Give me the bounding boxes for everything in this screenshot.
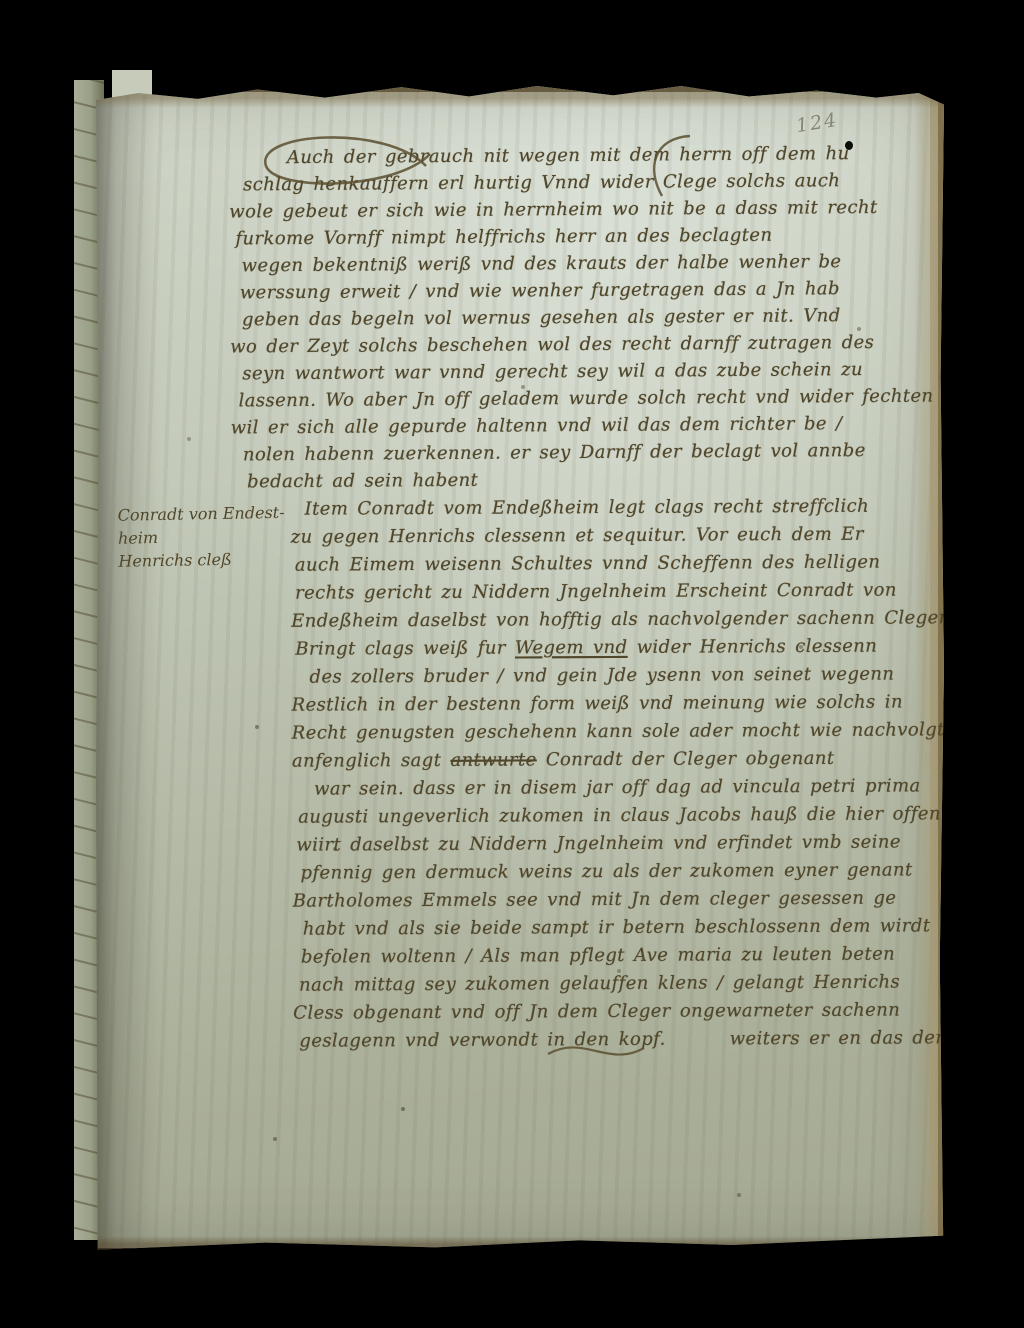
manuscript-text: antwurte bbox=[450, 749, 536, 770]
photo-backdrop: 124 Conradt von Endest-heimHenrichs cleß… bbox=[0, 0, 1024, 1328]
manuscript-text: werssung erweit / vnd wie wenher furgetr… bbox=[240, 278, 840, 303]
manuscript-line: anfenglich sagt antwurte Conradt der Cle… bbox=[292, 744, 936, 775]
manuscript-line: bedacht ad sein habent bbox=[247, 464, 937, 496]
manuscript-line: Bartholomes Emmels see vnd mit Jn dem cl… bbox=[293, 884, 937, 915]
manuscript-line: befolen woltenn / Als man pflegt Ave mar… bbox=[301, 940, 937, 971]
manuscript-text: Restlich in der bestenn form weiß vnd me… bbox=[292, 691, 903, 715]
manuscript-text: zu gegen Henrichs clessenn et sequitur. … bbox=[291, 524, 864, 548]
manuscript-text: Auch der gebrauch nit wegen mit dem herr… bbox=[287, 143, 850, 168]
manuscript-text: lassenn. Wo aber Jn off geladem wurde so… bbox=[239, 386, 934, 412]
manuscript-text: heim bbox=[118, 528, 158, 548]
manuscript-text: augusti ungeverlich zukomen in claus Jac… bbox=[298, 803, 941, 827]
manuscript-line: Henrichs cleß bbox=[118, 546, 318, 572]
paragraph-2: Item Conradt vom Endeßheim legt clags re… bbox=[291, 492, 938, 1055]
manuscript-line: pfennig gen dermuck weins zu als der zuk… bbox=[300, 856, 936, 887]
manuscript-text: Bartholomes Emmels see vnd mit Jn dem cl… bbox=[293, 888, 897, 912]
manuscript-text: Endeßheim daselbst von hofftig als nachv… bbox=[291, 607, 944, 631]
manuscript-line: rechts gericht zu Niddern Jngelnheim Ers… bbox=[295, 576, 935, 607]
manuscript-text: wiirt daselbst zu Niddern Jngelnheim vnd… bbox=[296, 831, 901, 855]
manuscript-text: Conradt der Cleger obgenant bbox=[537, 748, 835, 771]
manuscript-line: Restlich in der bestenn form weiß vnd me… bbox=[292, 688, 936, 719]
manuscript-text: wil er sich alle gepurde haltenn vnd wil… bbox=[231, 413, 843, 438]
manuscript-text: pfennig gen dermuck weins zu als der zuk… bbox=[300, 859, 912, 883]
manuscript-text: furkome Vornff nimpt helffrichs herr an … bbox=[235, 225, 772, 250]
manuscript-text: war sein. dass er in disem jar off dag a… bbox=[314, 775, 921, 799]
manuscript-line: wiirt daselbst zu Niddern Jngelnheim vnd… bbox=[296, 828, 936, 859]
manuscript-line: Item Conradt vom Endeßheim legt clags re… bbox=[305, 492, 935, 523]
manuscript-text: habt vnd als sie beide sampt ir betern b… bbox=[303, 915, 931, 939]
manuscript-line: wole gebeut er sich wie in herrnheim wo … bbox=[229, 194, 935, 226]
manuscript-text: Cless obgenant vnd off Jn dem Cleger ong… bbox=[293, 1000, 900, 1024]
manuscript-text: anfenglich sagt bbox=[292, 750, 451, 772]
manuscript-text: nach mittag sey zukomen gelauffen klens … bbox=[299, 972, 900, 996]
manuscript-text: seyn wantwort war vnnd gerecht sey wil a… bbox=[242, 359, 863, 384]
folio-number: 124 bbox=[795, 109, 840, 137]
manuscript-line: des zollers bruder / vnd gein Jde ysenn … bbox=[309, 660, 935, 691]
manuscript-line: geslagenn vnd verwondt in den kopf.weite… bbox=[299, 1024, 937, 1055]
manuscript-line: zu gegen Henrichs clessenn et sequitur. … bbox=[291, 520, 935, 551]
margin-note: Conradt von Endest-heimHenrichs cleß bbox=[117, 500, 318, 572]
manuscript-line: Cless obgenant vnd off Jn dem Cleger ong… bbox=[293, 996, 937, 1027]
paragraph-1: Auch der gebrauch nit wegen mit dem herr… bbox=[229, 140, 937, 496]
manuscript-text: wider Henrichs clessenn bbox=[627, 636, 877, 658]
manuscript-text: Item Conradt vom Endeßheim legt clags re… bbox=[305, 496, 870, 520]
manuscript-text: Henrichs cleß bbox=[118, 550, 232, 571]
manuscript-text: wole gebeut er sich wie in herrnheim wo … bbox=[229, 197, 877, 223]
manuscript-text: geslagenn vnd verwondt in den kopf. bbox=[299, 1029, 665, 1052]
manuscript-text: auch Eimem weisenn Schultes vnnd Scheffe… bbox=[295, 552, 881, 576]
manuscript-text: schlag henkauffern erl hurtig Vnnd wider… bbox=[243, 170, 840, 195]
manuscript-line: Bringt clags weiß fur Wegem vnd wider He… bbox=[295, 632, 935, 663]
manuscript-text: Wegem vnd bbox=[515, 637, 628, 659]
manuscript-line: war sein. dass er in disem jar off dag a… bbox=[314, 772, 936, 803]
manuscript-text: weiters er en das der. bbox=[730, 1027, 944, 1049]
manuscript-line: Endeßheim daselbst von hofftig als nachv… bbox=[291, 604, 935, 635]
manuscript-text: des zollers bruder / vnd gein Jde ysenn … bbox=[309, 664, 894, 688]
manuscript-text: wegen bekentniß weriß vnd des krauts der… bbox=[242, 251, 842, 276]
manuscript-text: geben das begeln vol wernus gesehen als … bbox=[242, 305, 841, 330]
manuscript-text: rechts gericht zu Niddern Jngelnheim Ers… bbox=[295, 580, 897, 604]
manuscript-line: nach mittag sey zukomen gelauffen klens … bbox=[299, 968, 937, 999]
manuscript-line: Recht genugsten geschehenn kann sole ade… bbox=[292, 716, 936, 747]
manuscript-text: wo der Zeyt solchs beschehen wol des rec… bbox=[230, 332, 874, 357]
manuscript-line: auch Eimem weisenn Schultes vnnd Scheffe… bbox=[295, 548, 935, 579]
manuscript-line: augusti ungeverlich zukomen in claus Jac… bbox=[298, 800, 936, 831]
manuscript-text: bedacht ad sein habent bbox=[247, 470, 478, 493]
manuscript-page: 124 Conradt von Endest-heimHenrichs cleß… bbox=[96, 86, 944, 1252]
manuscript-line: nolen habenn zuerkennen. er sey Darnff d… bbox=[243, 437, 937, 469]
manuscript-text: befolen woltenn / Als man pflegt Ave mar… bbox=[301, 944, 895, 968]
manuscript-text: nolen habenn zuerkennen. er sey Darnff d… bbox=[243, 440, 866, 465]
manuscript-text: Conradt von Endest- bbox=[117, 503, 284, 525]
manuscript-line: habt vnd als sie beide sampt ir betern b… bbox=[303, 912, 937, 943]
manuscript-text: Bringt clags weiß fur bbox=[295, 638, 515, 660]
manuscript-text: Recht genugsten geschehenn kann sole ade… bbox=[292, 719, 944, 743]
